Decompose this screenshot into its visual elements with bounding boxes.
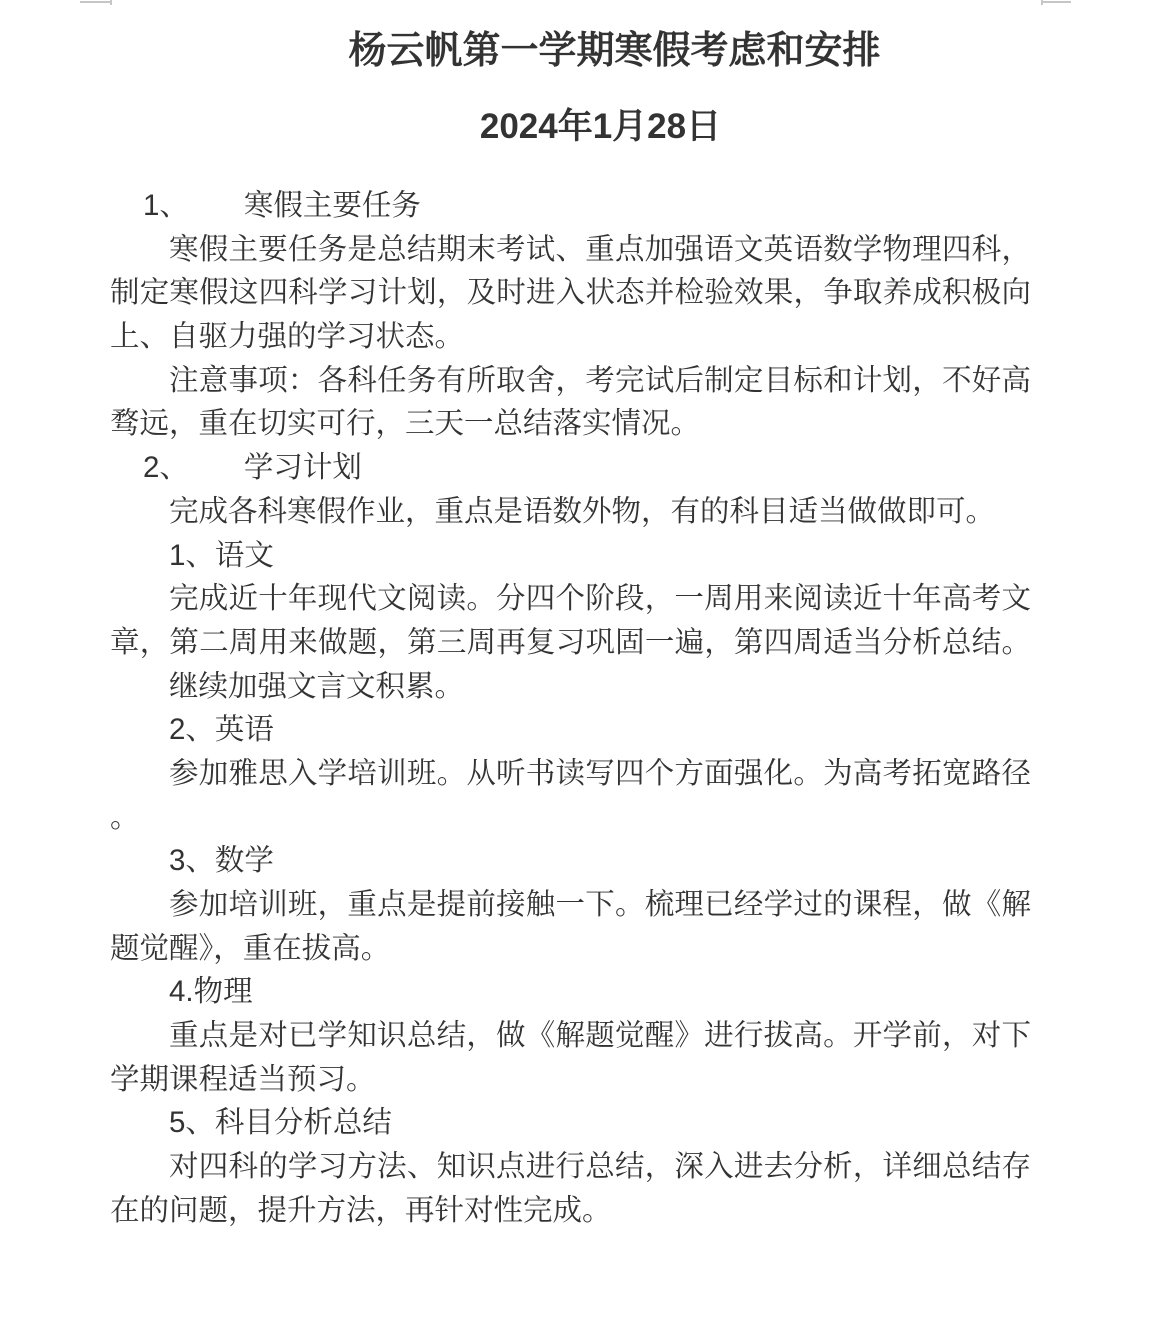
text-line: 对四科的学习方法、知识点进行总结，深入进去分析，详细总结存 bbox=[110, 1145, 1031, 1189]
section-heading: 2、学习计划 bbox=[110, 446, 1031, 490]
text-line: 参加培训班，重点是提前接触一下。梳理已经学过的课程，做《解 bbox=[110, 883, 1031, 927]
text-line: 上、自驱力强的学习状态。 bbox=[110, 315, 1031, 359]
page-margin-mark-top-right bbox=[1042, 1, 1071, 3]
page-margin-mark-top-left bbox=[80, 1, 111, 3]
text-line: 继续加强文言文积累。 bbox=[110, 665, 1031, 709]
text-line: 学期课程适当预习。 bbox=[110, 1058, 1031, 1102]
text-line: 骛远，重在切实可行，三天一总结落实情况。 bbox=[110, 402, 1031, 446]
document-title: 杨云帆第一学期寒假考虑和安排 bbox=[110, 26, 1031, 76]
subsection-heading: 4.物理 bbox=[110, 970, 1031, 1014]
subsection-heading: 3、数学 bbox=[110, 839, 1031, 883]
text-line: 制定寒假这四科学习计划，及时进入状态并检验效果，争取养成积极向 bbox=[110, 271, 1031, 315]
subsection-heading: 5、科目分析总结 bbox=[110, 1101, 1031, 1145]
text-line: 参加雅思入学培训班。从听书读写四个方面强化。为高考拓宽路径 bbox=[110, 752, 1031, 796]
text-line: 章，第二周用来做题，第三周再复习巩固一遍，第四周适当分析总结。 bbox=[110, 621, 1031, 665]
document-date: 2024年1月28日 bbox=[110, 105, 1031, 149]
text-line: 在的问题，提升方法，再针对性完成。 bbox=[110, 1189, 1031, 1233]
text-line: 。 bbox=[110, 796, 1031, 840]
page-margin-mark-top-right-tick bbox=[1041, 0, 1043, 5]
subsection-heading: 1、语文 bbox=[110, 534, 1031, 578]
heading-text: 学习计划 bbox=[244, 451, 362, 484]
heading-text: 寒假主要任务 bbox=[244, 189, 421, 222]
section-heading: 1、寒假主要任务 bbox=[110, 184, 1031, 228]
document-body: 1、寒假主要任务寒假主要任务是总结期末考试、重点加强语文英语数学物理四科，制定寒… bbox=[110, 184, 1031, 1233]
document-page: 杨云帆第一学期寒假考虑和安排 2024年1月28日 1、寒假主要任务寒假主要任务… bbox=[0, 0, 1152, 1342]
page-margin-mark-top-left-tick bbox=[110, 0, 112, 5]
text-line: 题觉醒》，重在拔高。 bbox=[110, 927, 1031, 971]
subsection-heading: 2、英语 bbox=[110, 708, 1031, 752]
text-line: 重点是对已学知识总结，做《解题觉醒》进行拔高。开学前，对下 bbox=[110, 1014, 1031, 1058]
heading-number: 2、 bbox=[143, 451, 189, 484]
heading-number: 1、 bbox=[143, 189, 189, 222]
text-line: 注意事项：各科任务有所取舍，考完试后制定目标和计划，不好高 bbox=[110, 359, 1031, 403]
text-line: 寒假主要任务是总结期末考试、重点加强语文英语数学物理四科， bbox=[110, 228, 1031, 272]
text-line: 完成各科寒假作业，重点是语数外物，有的科目适当做做即可。 bbox=[110, 490, 1031, 534]
text-line: 完成近十年现代文阅读。分四个阶段，一周用来阅读近十年高考文 bbox=[110, 577, 1031, 621]
